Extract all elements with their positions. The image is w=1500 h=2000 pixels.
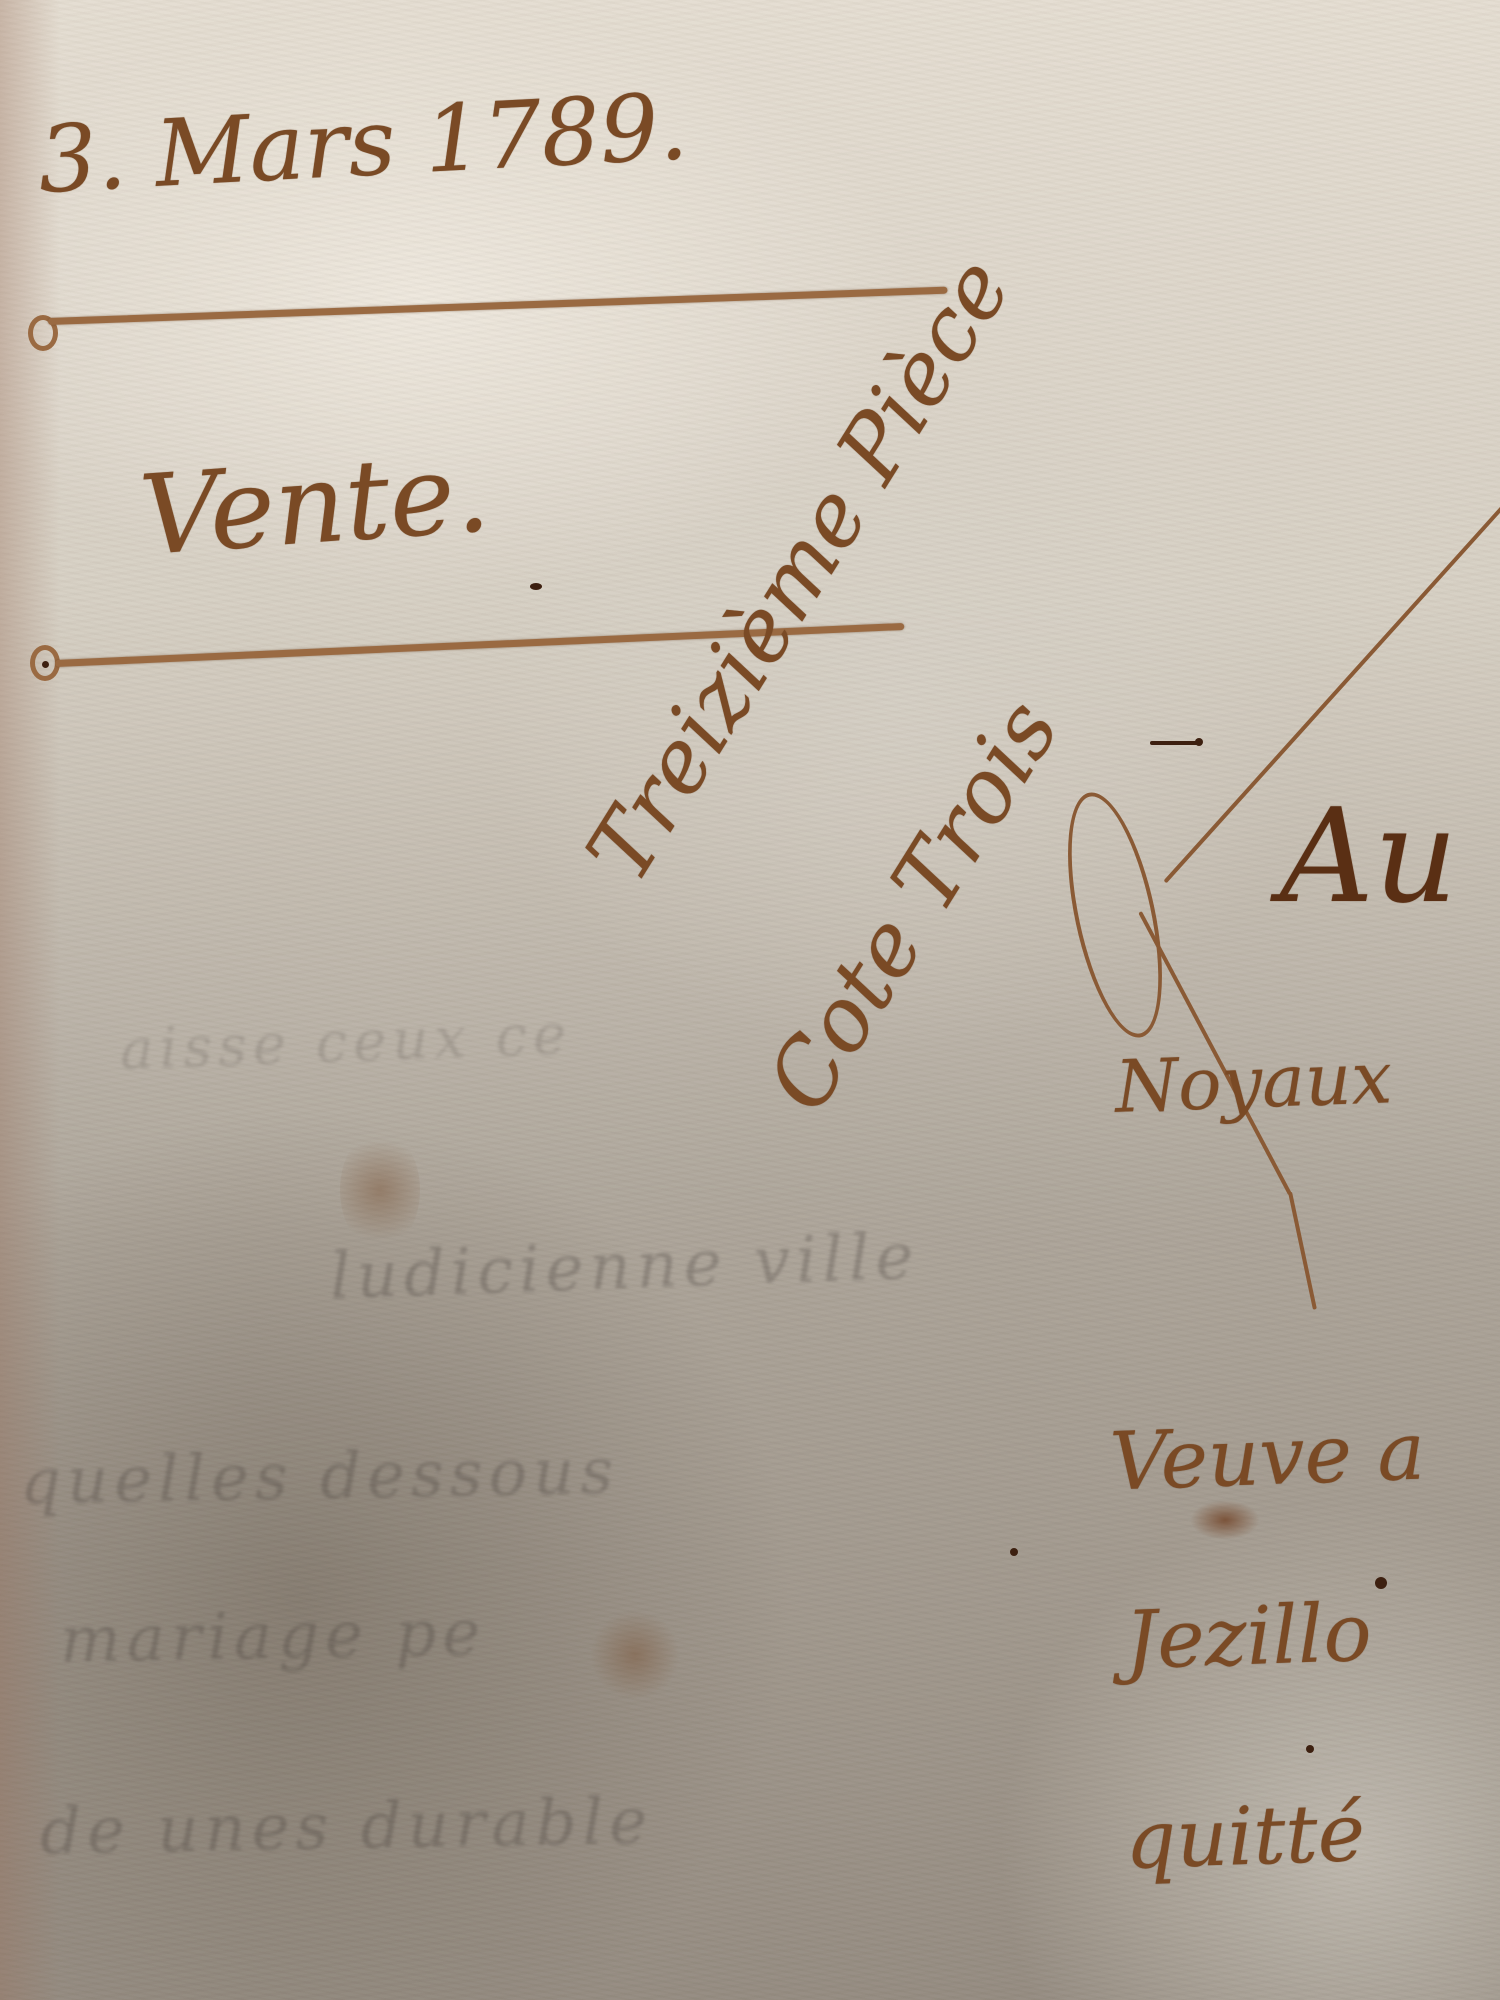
- paraph-stroke: [1288, 1192, 1317, 1310]
- ink-dot: [42, 661, 49, 668]
- bleed-through-line: ludicienne ville: [329, 1220, 921, 1315]
- ink-dot: [530, 583, 542, 590]
- ink-dot: [1375, 1577, 1387, 1589]
- right-column-line: Veuve a: [1108, 1405, 1426, 1509]
- ink-dash: [1150, 741, 1200, 745]
- document-title: Vente.: [136, 428, 494, 580]
- ink-dot: [1195, 738, 1203, 746]
- bleed-through-line: mariage pe: [59, 1596, 486, 1677]
- header-rule: [48, 287, 948, 325]
- right-column-line: Jezillo: [1123, 1586, 1373, 1688]
- stain: [340, 1130, 420, 1250]
- bleed-through-line: de unes durable: [39, 1785, 653, 1870]
- ink-dot: [1306, 1745, 1314, 1753]
- paraph-loop: [1050, 784, 1180, 1045]
- margin-note-line2: Cote Trois: [746, 682, 1079, 1129]
- bleed-through-line: aisse ceux ce: [119, 1002, 573, 1083]
- stain: [590, 1610, 680, 1700]
- right-column-line: quitté: [1123, 1786, 1366, 1887]
- page-edge-shadow: [0, 0, 60, 2000]
- document-date: 3. Mars 1789.: [36, 73, 691, 214]
- right-heading-fragment: Au: [1280, 780, 1458, 932]
- stain: [1190, 1500, 1260, 1540]
- right-column-line: Noyaux: [1114, 1035, 1394, 1129]
- ink-dot: [1010, 1548, 1018, 1556]
- document-photo: ludicienne ville quelles dessous mariage…: [0, 0, 1500, 2000]
- bleed-through-line: quelles dessous: [19, 1435, 619, 1519]
